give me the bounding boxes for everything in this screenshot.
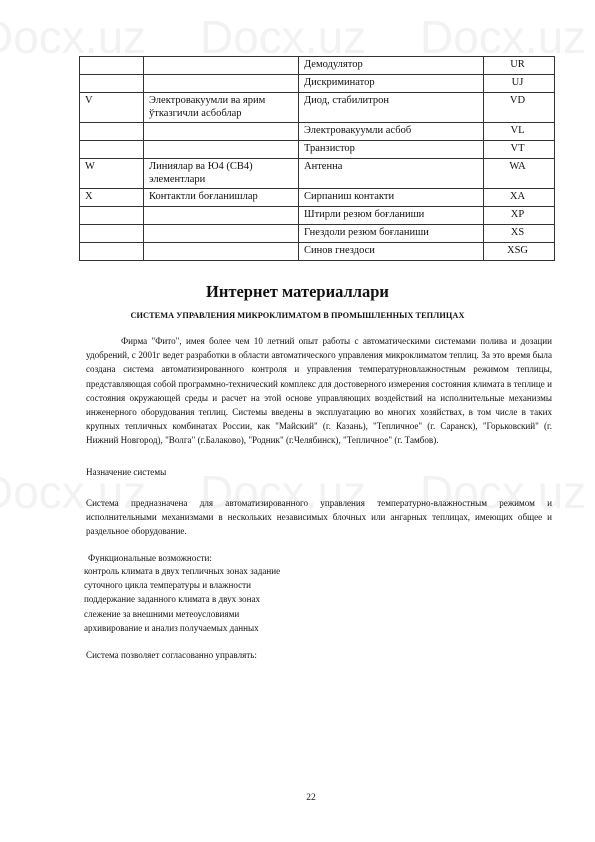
row-group-cell: Контактли боғланишлар <box>144 189 299 207</box>
row-code-cell <box>80 123 144 141</box>
table-row: ТранзисторVT <box>80 141 555 159</box>
function-item: контроль климата в двух тепличных зонах … <box>84 564 280 578</box>
function-item: архивирование и анализ получаемых данных <box>84 621 280 635</box>
table-row: Гнездоли резюм боғланишиXS <box>80 225 555 243</box>
row-symbol-cell: VL <box>484 123 555 141</box>
row-group-cell <box>144 123 299 141</box>
function-item: суточного цикла температуры и влажности <box>84 578 280 592</box>
row-symbol-cell: XS <box>484 225 555 243</box>
row-name-cell: Транзистор <box>299 141 484 159</box>
row-group-cell <box>144 243 299 261</box>
row-name-cell: Электровакуумли асбоб <box>299 123 484 141</box>
row-group-cell: Линиялар ва Ю4 (СВ4) элементлари <box>144 159 299 189</box>
table-row: XКонтактли боғланишларСирпаниш контактиX… <box>80 189 555 207</box>
table-row: Синов гнездосиXSG <box>80 243 555 261</box>
page-number: 22 <box>0 793 595 803</box>
row-name-cell: Гнездоли резюм боғланиши <box>299 225 484 243</box>
functions-list: контроль климата в двух тепличных зонах … <box>84 564 280 635</box>
row-code-cell <box>80 225 144 243</box>
row-name-cell: Сирпаниш контакти <box>299 189 484 207</box>
row-name-cell: Штирли резюм боғланиши <box>299 207 484 225</box>
row-symbol-cell: UR <box>484 57 555 75</box>
section-title: Интернет материаллари <box>0 282 595 302</box>
purpose-heading: Назначение системы <box>86 465 166 479</box>
row-code-cell <box>80 207 144 225</box>
functions-heading: Функциональные возможности: <box>88 551 212 565</box>
function-item: слежение за внешними метеоусловиями <box>84 607 280 621</box>
table-row: ДемодуляторUR <box>80 57 555 75</box>
row-group-cell <box>144 141 299 159</box>
row-symbol-cell: XSG <box>484 243 555 261</box>
row-group-cell <box>144 225 299 243</box>
row-group-cell <box>144 75 299 93</box>
row-group-cell <box>144 57 299 75</box>
table-row: WЛиниялар ва Ю4 (СВ4) элементлариАнтенна… <box>80 159 555 189</box>
closing-line: Система позволяет согласованно управлять… <box>86 648 257 662</box>
row-code-cell <box>80 57 144 75</box>
row-name-cell: Демодулятор <box>299 57 484 75</box>
row-symbol-cell: XA <box>484 189 555 207</box>
row-code-cell <box>80 75 144 93</box>
row-symbol-cell: WA <box>484 159 555 189</box>
row-group-cell: Электровакуумли ва ярим ўтказгичли асбоб… <box>144 93 299 123</box>
article-title: СИСТЕМА УПРАВЛЕНИЯ МИКРОКЛИМАТОМ В ПРОМЫ… <box>0 311 595 320</box>
table-row: Штирли резюм боғланишиXP <box>80 207 555 225</box>
component-designation-table: ДемодуляторURДискриминаторUJVЭлектроваку… <box>79 56 555 261</box>
row-code-cell: X <box>80 189 144 207</box>
row-name-cell: Антенна <box>299 159 484 189</box>
row-symbol-cell: VT <box>484 141 555 159</box>
row-symbol-cell: VD <box>484 93 555 123</box>
row-code-cell <box>80 243 144 261</box>
table-row: Электровакуумли асбобVL <box>80 123 555 141</box>
intro-paragraph: Фирма "Фито", имея более чем 10 летний о… <box>86 334 552 448</box>
row-symbol-cell: XP <box>484 207 555 225</box>
function-item: поддержание заданного климата в двух зон… <box>84 592 280 606</box>
row-name-cell: Дискриминатор <box>299 75 484 93</box>
row-name-cell: Диод, стабилитрон <box>299 93 484 123</box>
row-code-cell: W <box>80 159 144 189</box>
row-symbol-cell: UJ <box>484 75 555 93</box>
row-group-cell <box>144 207 299 225</box>
row-code-cell <box>80 141 144 159</box>
purpose-paragraph: Система предназначена для автоматизирова… <box>86 496 552 539</box>
row-name-cell: Синов гнездоси <box>299 243 484 261</box>
table-row: ДискриминаторUJ <box>80 75 555 93</box>
row-code-cell: V <box>80 93 144 123</box>
table-row: VЭлектровакуумли ва ярим ўтказгичли асбо… <box>80 93 555 123</box>
